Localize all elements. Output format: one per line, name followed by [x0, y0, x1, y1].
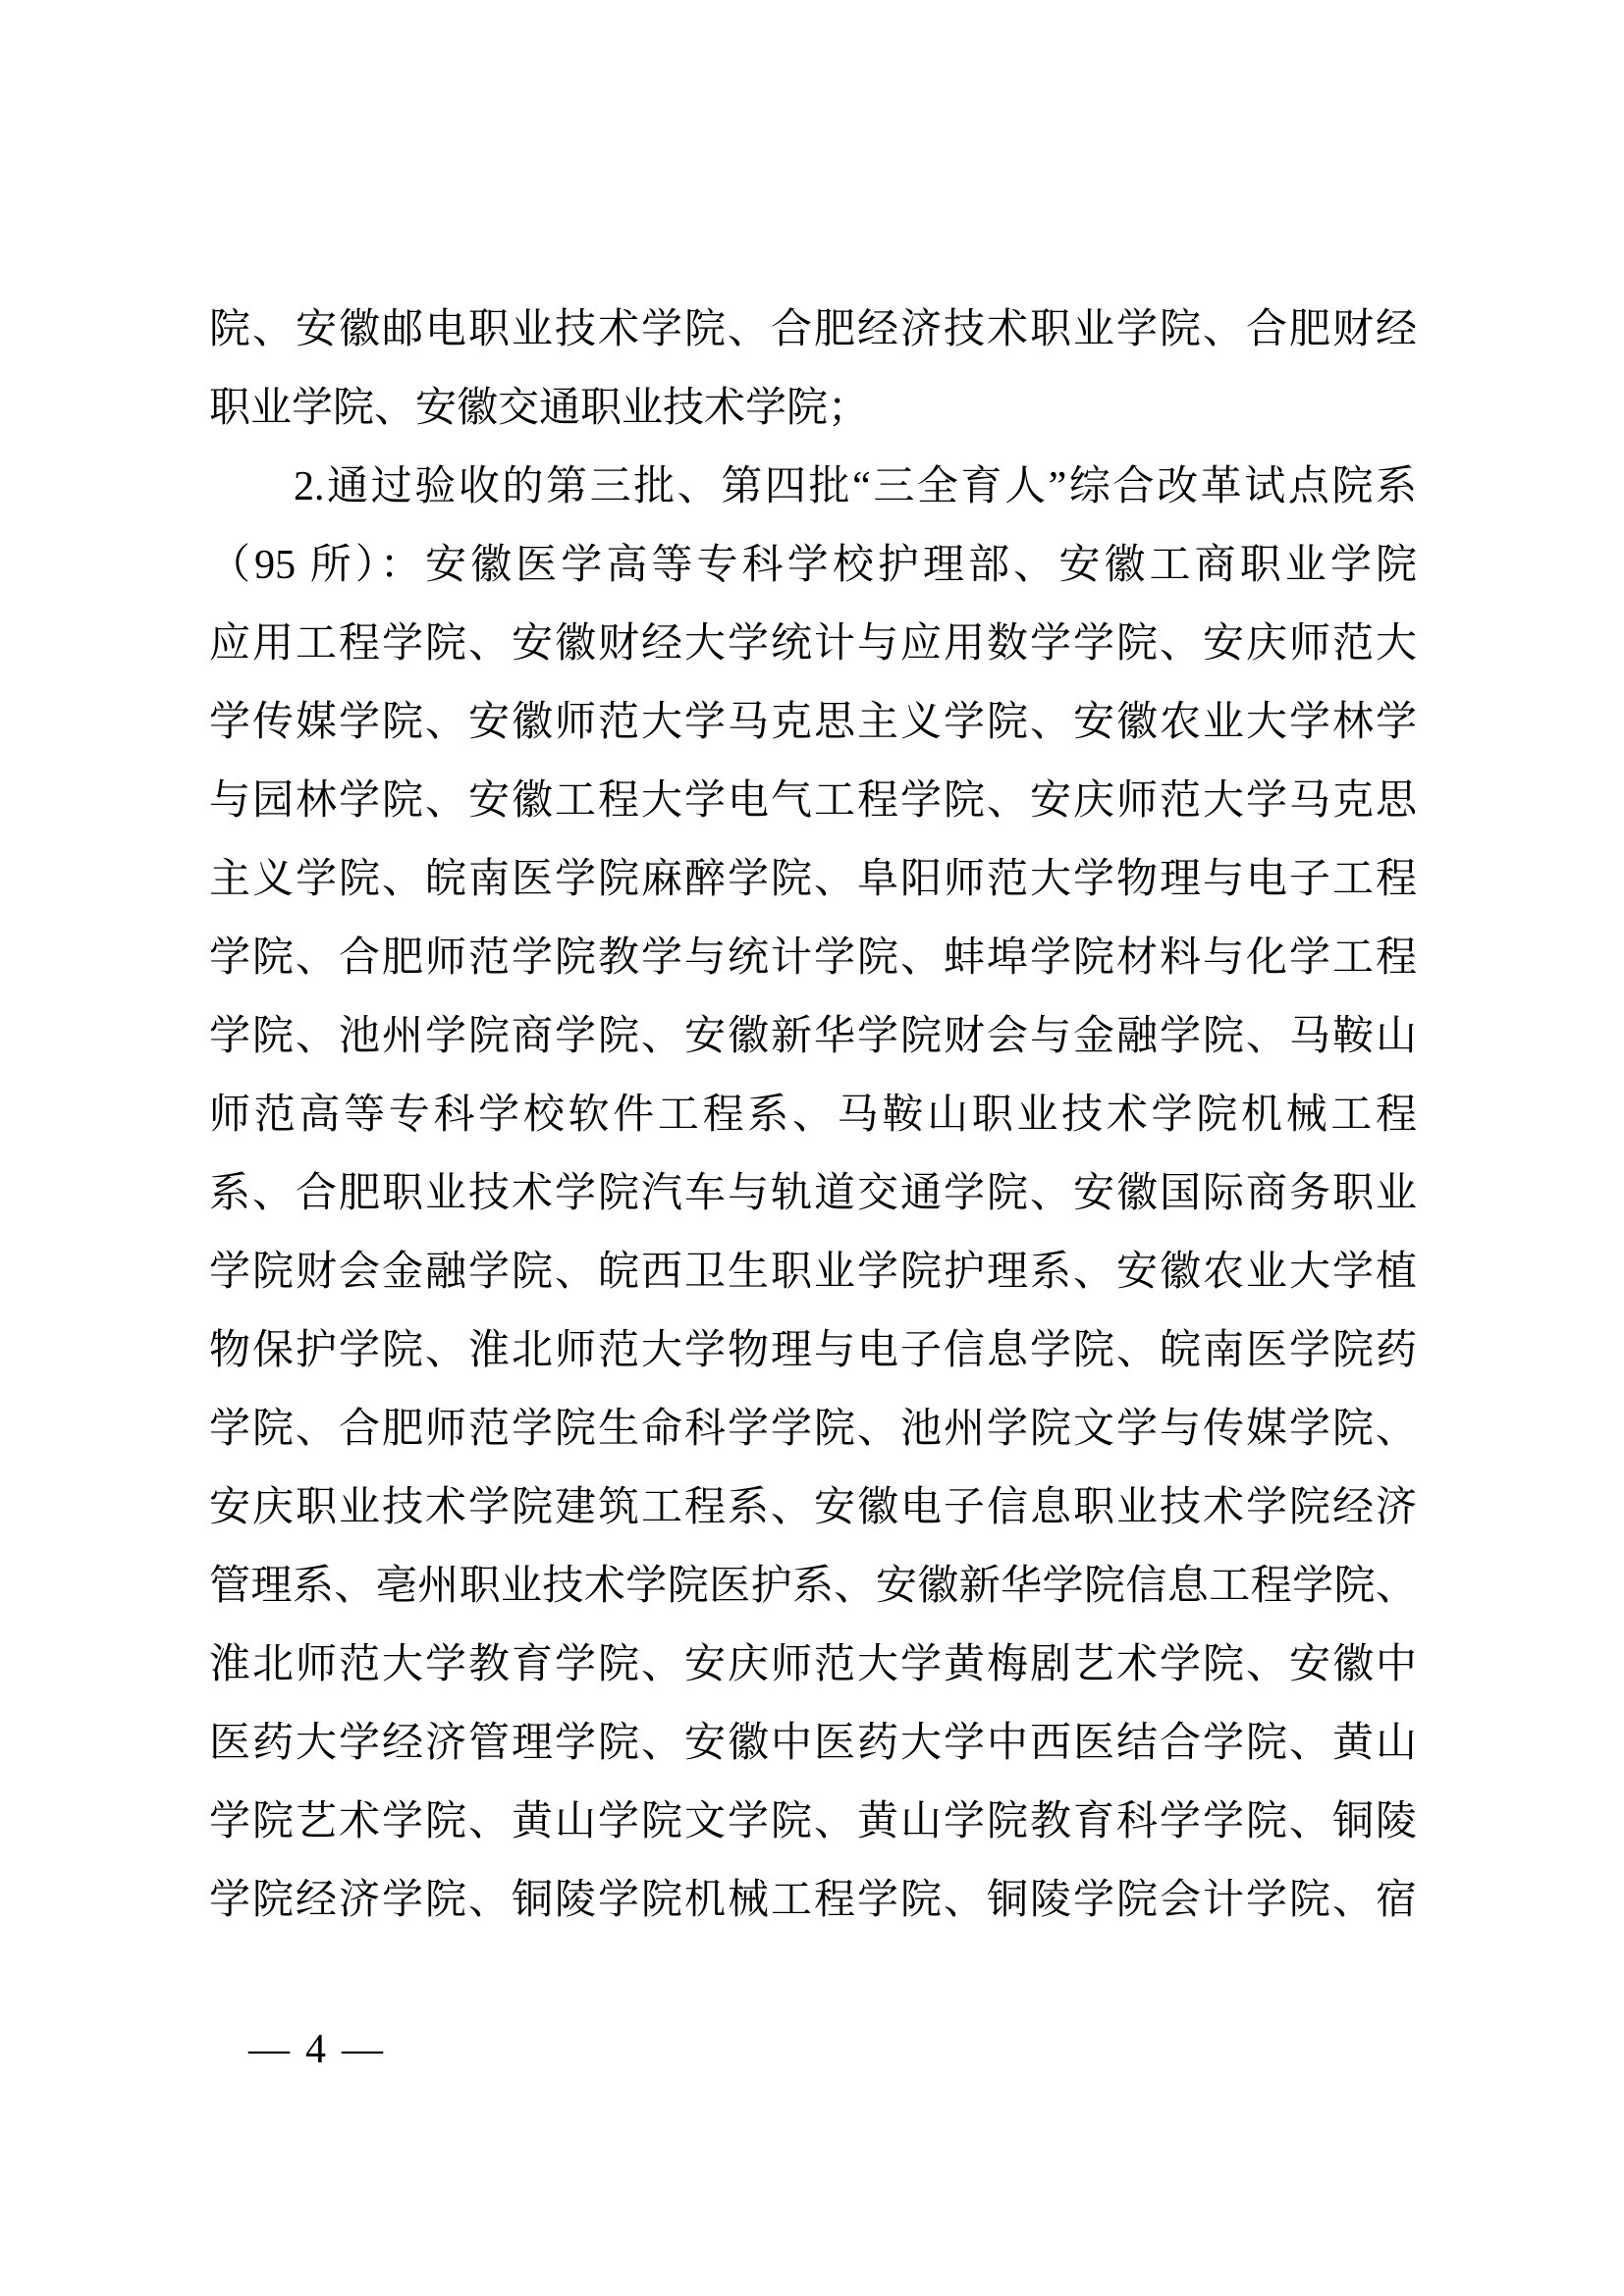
- document-body-text: 院、安徽邮电职业技术学院、合肥经济技术职业学院、合肥财经 职业学院、安徽交通职业…: [209, 291, 1417, 1940]
- text-line: 系、合肥职业技术学院汽车与轨道交通学院、安徽国际商务职业: [209, 1154, 1417, 1233]
- page-number: 4: [305, 2024, 326, 2075]
- text-line: 学院艺术学院、黄山学院文学院、黄山学院教育科学学院、铜陵: [209, 1783, 1417, 1861]
- text-line: 学传媒学院、安徽师范大学马克思主义学院、安徽农业大学林学: [209, 683, 1417, 762]
- text-line: 2.通过验收的第三批、第四批“三全育人”综合改革试点院系: [209, 448, 1417, 526]
- text-line: 医药大学经济管理学院、安徽中医药大学中西医结合学院、黄山: [209, 1704, 1417, 1783]
- footer-left-dash: —: [248, 2024, 290, 2075]
- text-line: 师范高等专科学校软件工程系、马鞍山职业技术学院机械工程: [209, 1076, 1417, 1154]
- footer-right-dash: —: [342, 2024, 383, 2075]
- text-line: 应用工程学院、安徽财经大学统计与应用数学学院、安庆师范大: [209, 605, 1417, 683]
- text-line: 学院、合肥师范学院教学与统计学院、蚌埠学院材料与化学工程: [209, 919, 1417, 997]
- text-line: 院、安徽邮电职业技术学院、合肥经济技术职业学院、合肥财经: [209, 291, 1417, 369]
- page-footer: — 4 —: [248, 2024, 383, 2075]
- text-line: 淮北师范大学教育学院、安庆师范大学黄梅剧艺术学院、安徽中: [209, 1626, 1417, 1704]
- text-line: 学院财会金融学院、皖西卫生职业学院护理系、安徽农业大学植: [209, 1233, 1417, 1311]
- text-line: （95 所）：安徽医学高等专科学校护理部、安徽工商职业学院: [209, 526, 1417, 605]
- text-line: 学院、合肥师范学院生命科学学院、池州学院文学与传媒学院、: [209, 1390, 1417, 1468]
- text-line: 物保护学院、淮北师范大学物理与电子信息学院、皖南医学院药: [209, 1311, 1417, 1390]
- text-line: 管理系、亳州职业技术学院医护系、安徽新华学院信息工程学院、: [209, 1547, 1417, 1626]
- text-line: 安庆职业技术学院建筑工程系、安徽电子信息职业技术学院经济: [209, 1468, 1417, 1547]
- text-line: 与园林学院、安徽工程大学电气工程学院、安庆师范大学马克思: [209, 762, 1417, 840]
- document-page: 院、安徽邮电职业技术学院、合肥经济技术职业学院、合肥财经 职业学院、安徽交通职业…: [0, 0, 1624, 2296]
- text-line: 职业学院、安徽交通职业技术学院；: [209, 369, 1417, 448]
- text-line: 学院、池州学院商学院、安徽新华学院财会与金融学院、马鞍山: [209, 997, 1417, 1076]
- text-line: 主义学院、皖南医学院麻醉学院、阜阳师范大学物理与电子工程: [209, 840, 1417, 919]
- text-line: 学院经济学院、铜陵学院机械工程学院、铜陵学院会计学院、宿: [209, 1861, 1417, 1940]
